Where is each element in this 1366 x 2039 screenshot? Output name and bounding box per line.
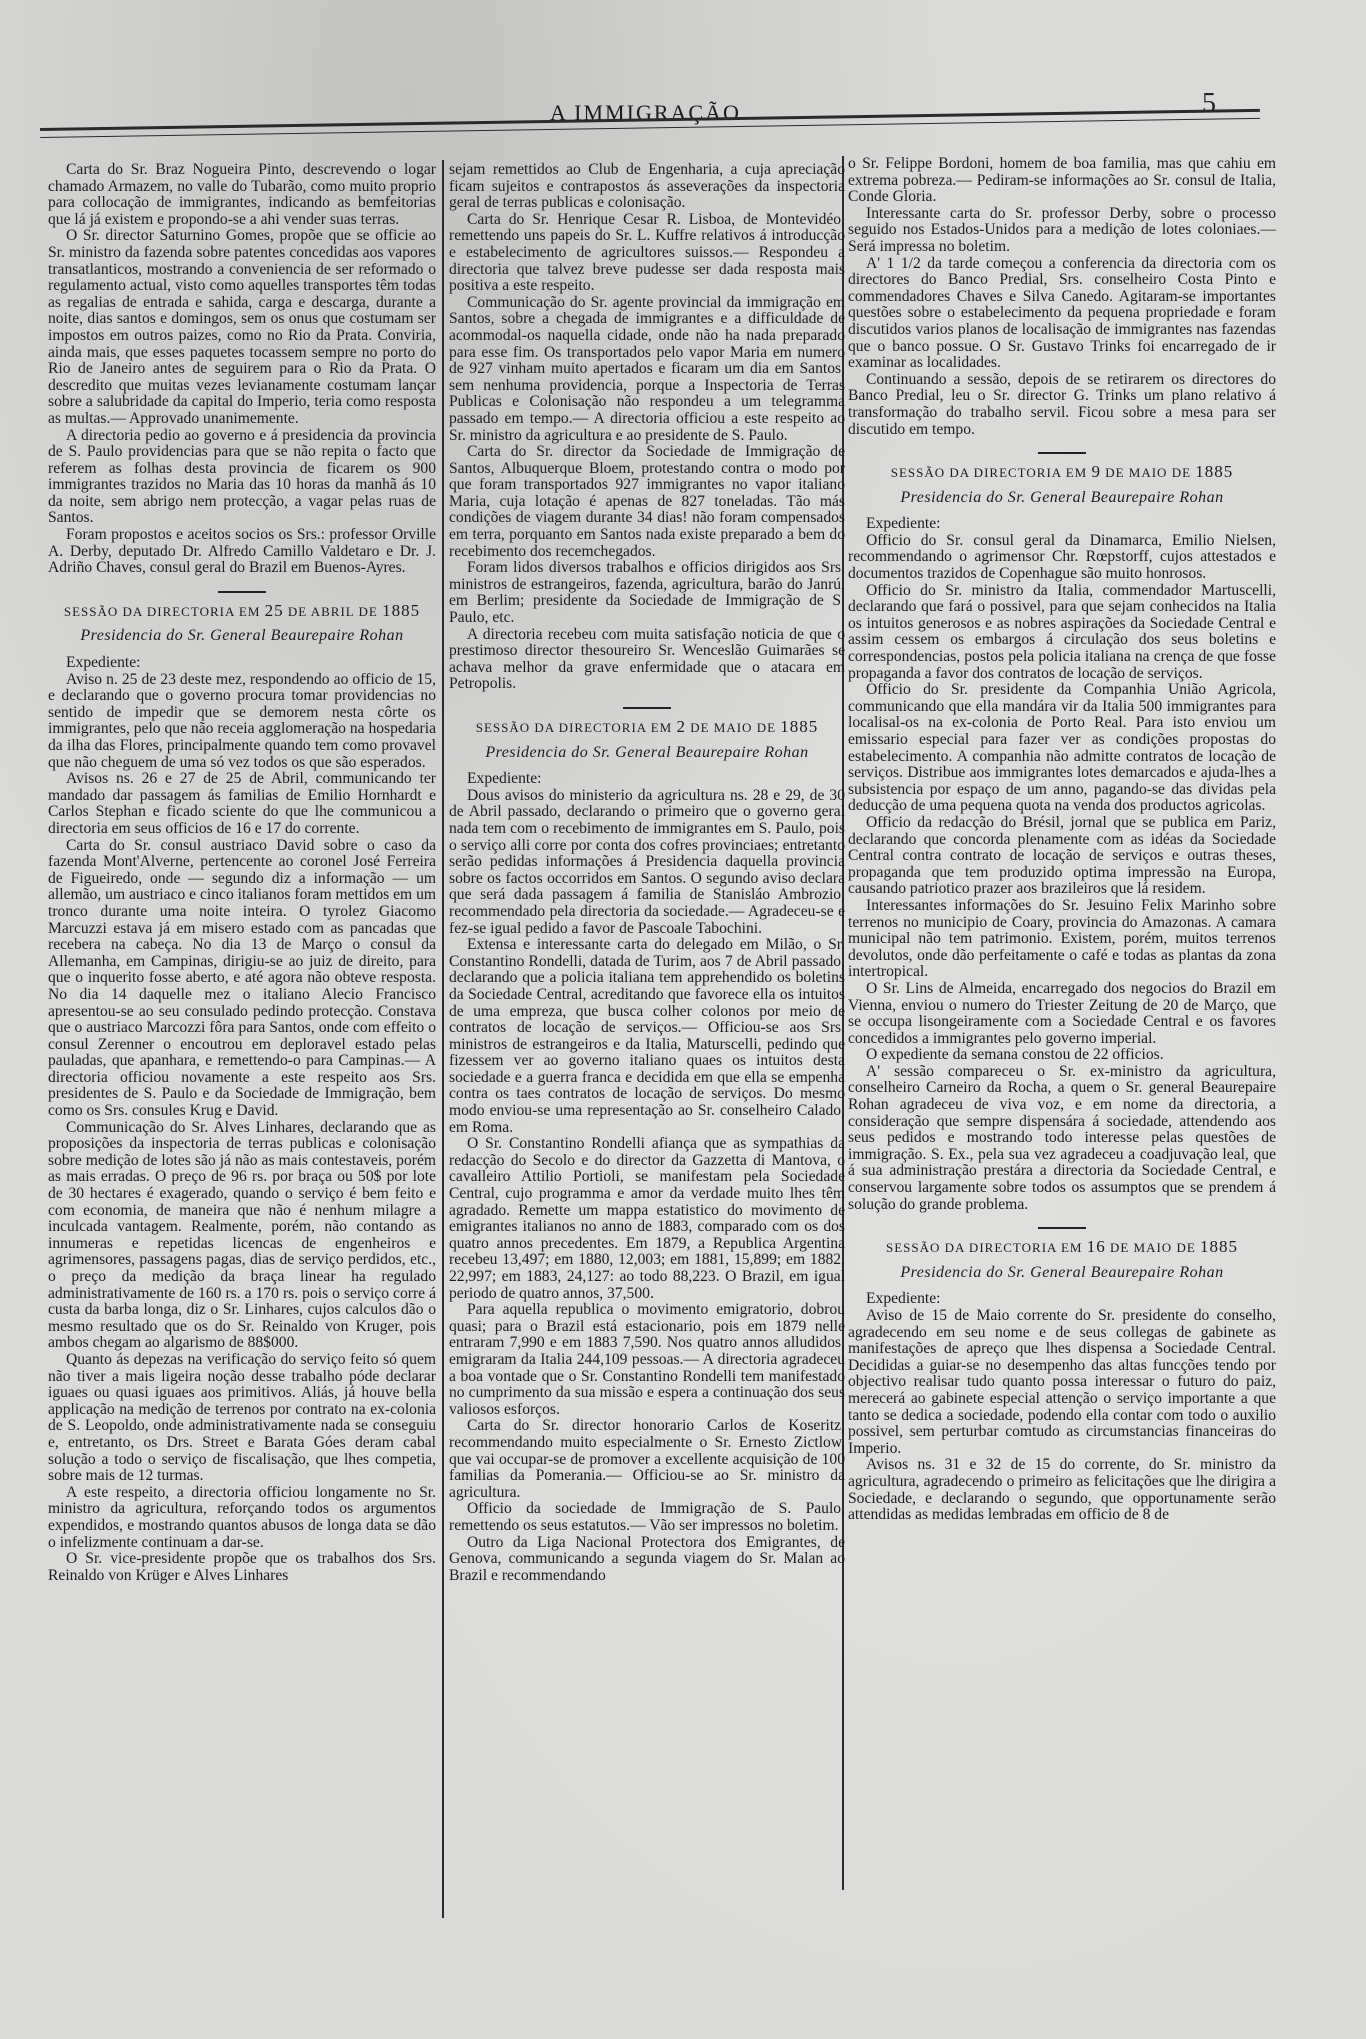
paragraph: O Sr. Constantino Rondelli afiança que a… (449, 1136, 845, 1302)
paragraph: Foram propostos e aceitos socios os Srs.… (48, 527, 436, 577)
paragraph: O Sr. Lins de Almeida, encarregado dos n… (848, 981, 1276, 1047)
paragraph: Officio do Sr. presidente da Companhia U… (848, 682, 1276, 815)
session-heading: SESSÃO DA DIRECTORIA EM 25 DE ABRIL DE 1… (48, 603, 436, 621)
presidency-line: Presidencia do Sr. General Beaurepaire R… (48, 628, 436, 645)
paragraph: o Sr. Felippe Bordoni, homem de boa fami… (848, 156, 1276, 206)
paragraph: Interessante carta do Sr. professor Derb… (848, 206, 1276, 256)
presidency-line: Presidencia do Sr. General Beaurepaire R… (848, 490, 1276, 507)
paragraph: Aviso n. 25 de 23 deste mez, respondendo… (48, 672, 436, 772)
section-separator (623, 707, 671, 709)
paragraph: A directoria pedio ao governo e á presid… (48, 428, 436, 528)
expediente-label: Expediente: (848, 516, 1276, 533)
paragraph: sejam remettidos ao Club de Engenharia, … (449, 162, 845, 212)
paragraph: Para aquella republica o movimento emigr… (449, 1302, 845, 1418)
paragraph: O Sr. director Saturnino Gomes, propõe q… (48, 228, 436, 427)
paragraph: Quanto ás depezas na verificação do serv… (48, 1352, 436, 1485)
presidency-line: Presidencia do Sr. General Beaurepaire R… (848, 1265, 1276, 1282)
expediente-label: Expediente: (449, 771, 845, 788)
session-heading: SESSÃO DA DIRECTORIA EM 9 DE MAIO DE 188… (848, 464, 1276, 482)
paragraph: Aviso de 15 de Maio corrente do Sr. pres… (848, 1308, 1276, 1457)
paragraph: Foram lidos diversos trabalhos e officio… (449, 560, 845, 626)
paragraph: Carta do Sr. Braz Nogueira Pinto, descre… (48, 162, 436, 228)
column-3: o Sr. Felippe Bordoni, homem de boa fami… (848, 156, 1276, 1524)
paragraph: Avisos ns. 26 e 27 de 25 de Abril, commu… (48, 771, 436, 837)
column-1: Carta do Sr. Braz Nogueira Pinto, descre… (48, 162, 436, 1584)
paragraph: Carta do Sr. director honorario Carlos d… (449, 1418, 845, 1501)
section-separator (218, 591, 266, 593)
paragraph: A' sessão compareceu o Sr. ex-ministro d… (848, 1064, 1276, 1213)
paragraph: Carta do Sr. Henrique Cesar R. Lisboa, d… (449, 212, 845, 295)
section-separator (1038, 452, 1086, 454)
column-divider-1 (442, 160, 444, 1918)
session-heading: SESSÃO DA DIRECTORIA EM 16 DE MAIO DE 18… (848, 1239, 1276, 1257)
paragraph: Avisos ns. 31 e 32 de 15 do corrente, do… (848, 1457, 1276, 1523)
section-separator (1038, 1227, 1086, 1229)
paragraph: A directoria recebeu com muita satisfaçã… (449, 627, 845, 693)
expediente-label: Expediente: (848, 1291, 1276, 1308)
newspaper-page: A IMMIGRAÇÃO 5 Carta do Sr. Braz Nogueir… (0, 0, 1366, 2039)
presidency-line: Presidencia do Sr. General Beaurepaire R… (449, 745, 845, 762)
paragraph: O expediente da semana constou de 22 off… (848, 1047, 1276, 1064)
paragraph: Carta do Sr. consul austriaco David sobr… (48, 838, 436, 1120)
paragraph: Dous avisos do ministerio da agricultura… (449, 788, 845, 937)
paragraph: Officio do Sr. consul geral da Dinamarca… (848, 533, 1276, 583)
paragraph: A' 1 1/2 da tarde começou a conferencia … (848, 256, 1276, 372)
paragraph: Officio da sociedade de Immigração de S.… (449, 1501, 845, 1534)
paragraph: Extensa e interessante carta do delegado… (449, 937, 845, 1136)
paragraph: Interessantes informações do Sr. Jesuino… (848, 898, 1276, 981)
paragraph: A este respeito, a directoria officiou l… (48, 1485, 436, 1551)
paragraph: Officio da redacção do Brésil, jornal qu… (848, 815, 1276, 898)
paragraph: O Sr. vice-presidente propõe que os trab… (48, 1551, 436, 1584)
expediente-label: Expediente: (48, 655, 436, 672)
page-header: A IMMIGRAÇÃO 5 (40, 88, 1260, 148)
column-2: sejam remettidos ao Club de Engenharia, … (449, 162, 845, 1584)
paragraph: Communicação do Sr. agente provincial da… (449, 295, 845, 444)
paragraph: Carta do Sr. director da Sociedade de Im… (449, 444, 845, 560)
paragraph: Continuando a sessão, depois de se retir… (848, 372, 1276, 438)
session-heading: SESSÃO DA DIRECTORIA EM 2 DE MAIO DE 188… (449, 719, 845, 737)
paragraph: Communicação do Sr. Alves Linhares, decl… (48, 1120, 436, 1352)
paragraph: Officio do Sr. ministro da Italia, comme… (848, 583, 1276, 683)
paragraph: Outro da Liga Nacional Protectora dos Em… (449, 1535, 845, 1585)
